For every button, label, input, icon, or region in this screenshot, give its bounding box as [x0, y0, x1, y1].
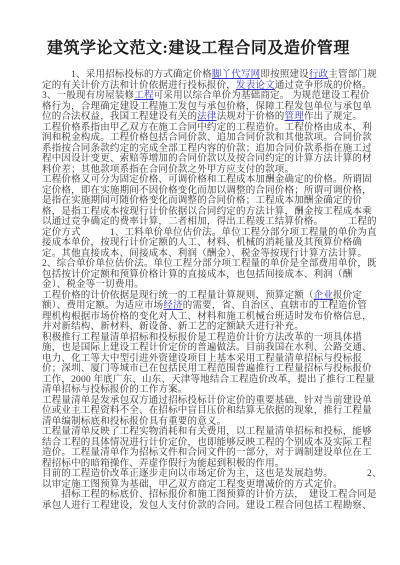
text-line: 格行为，合理确定建设工程施工发包与承包价格，保障工程发包单位与承包单 [42, 102, 394, 113]
text-segment: 承包人进行工程建设，发包人支付价款的合同。建设工程合同包括工程勘察、 [42, 501, 372, 511]
text-line: 承包人进行工程建设，发包人支付价款的合同。建设工程合同包括工程勘察、 [42, 501, 394, 512]
text-line: 料价差；其他款项系指在合同价款之外甲方应支付的款项。 [42, 165, 394, 176]
text-line: 接成本单价，按现行计价定额的人工、材料、机械的消耗量及其预算价格确 [42, 238, 394, 249]
text-line: 定的有关计价方法和计价依据进行投标报价，发表论文通过竞争形成的价格。 [42, 81, 394, 92]
text-segment: 即按照建设 [260, 70, 309, 80]
text-line: 理机构根据市场价格的变化对人工、材料和施工机械台班适时发布价格信息， [42, 312, 394, 323]
text-segment: 造价。工程量清单作为招标文件和合同文件的一部分，对于调制建设单位在工 [42, 448, 372, 458]
document-body: 1、采用招标投标的方式确定价格脚丫代写网即按照建设行政主管部门规定的有关计价方法… [0, 70, 400, 511]
text-segment: 法规对于价格的 [217, 112, 285, 122]
text-segment: 可采用以综合单价为基础商定。 为规范建设工程价 [154, 91, 370, 101]
text-segment: 系指按合同条款约定的完成全部工程内容的价款；追加合同价款系指在施工过 [42, 144, 372, 154]
text-segment: 电力、化工等大中型引进外资建设项目上基本采用工程量清单招标与投标报 [42, 354, 362, 364]
text-segment: 清单编制标底和投标报价具有重要的意义。 [42, 417, 226, 427]
text-line: 定价方式 1、工料单价单位估价法。单位工程分部分项工程量的单价为直 [42, 228, 394, 239]
text-segment: 3、一般现有房屋装修 [42, 91, 134, 101]
text-line: 以审定施工图预算为基础，甲乙双方商定工程变更增减价的方式定价。 [42, 480, 394, 491]
text-segment: 润和税金构成。工程价格包括合同价款、追加合同价款和其他款项。合同价款 [42, 133, 372, 143]
text-segment: 通过竞争形成的价格。 [275, 81, 372, 91]
text-line: 工程量清单反映了工程实物消耗和有关费用，以工程量清单招标和投标，能够 [42, 427, 394, 438]
inline-link[interactable]: 经济 [163, 301, 182, 311]
text-line: 包括按计价定额和预算价格计算的直接成本，也包括间接成本、利润（酬 [42, 270, 394, 281]
text-line: 程中因设计变更、索赔等增加的合同价款以及按合同约定的计算方法计算的材 [42, 154, 394, 165]
text-line: 工程量清单是发承包双方通过招标投标计价定价的重要基础，针对当前建设单 [42, 396, 394, 407]
text-segment: 积极推行工程量清单招标和投标报价是工程造价计价方法改革的一项具体措 [42, 333, 362, 343]
text-line: 额）、费用定额。为适应市场经济的需要，省、自治区、直辖市的工程造价管 [42, 301, 394, 312]
text-segment: 包括按计价定额和预算价格计算的直接成本，也包括间接成本、利润（酬 [42, 270, 352, 280]
text-segment: 的需要，省、自治区、直辖市的工程造价管 [183, 301, 367, 311]
text-segment: 格，是指工程成本按现行计价依据以合同约定的方法计算，酬金按工程成本乘 [42, 207, 372, 217]
text-line: 价；深圳、厦门等城市已在包括民用工程范围普遍推行工程量招标与投标报价 [42, 364, 394, 375]
text-line: 3、一般现有房屋装修工程可采用以综合单价为基础商定。 为规范建设工程价 [42, 91, 394, 102]
text-line: 招标工程的标底价、招标报价和施工图预算的计价方法， 建设工程合同是 [42, 490, 394, 501]
text-segment: 金）、税金等一切费用。 [42, 280, 144, 290]
text-line: 并对新结构、新材料、新设备、新工艺的定额缺夭进行补充。 [42, 322, 394, 333]
text-line: 工作，2000 年底广东、山东、天津等地结合工程造价改革，提出了推行工程量 [42, 375, 394, 386]
text-segment: 定价格，即在实施期间不因价格变化而加以调整的合同价格；所谓可调价格， [42, 186, 372, 196]
text-line: 施，也是国际上建设工程计价定价的普遍做法。目前我国在水利、公路交通、 [42, 343, 394, 354]
text-line: 工程价格又可分为固定价格、可调价格和工程成本加酬金确定的价格。所谓固 [42, 175, 394, 186]
text-segment: 是指在实施期间可随价格变化而调整的合同价格；工程成本加酬金确定的价 [42, 196, 362, 206]
text-segment: 位或业主工程资料不全、在招标中盲目压价和结算无依据的现象，推行工程量 [42, 406, 372, 416]
text-segment: 工程量清单是发承包双方通过招标投标计价定价的重要基础，针对当前建设单 [42, 396, 372, 406]
text-line: 系指按合同条款约定的完成全部工程内容的价款；追加合同价款系指在施工过 [42, 144, 394, 155]
text-segment: 价；深圳、厦门等城市已在包括民用工程范围普遍推行工程量招标与投标报价 [42, 364, 372, 374]
text-segment: 1、采用招标投标的方式确定价格 [42, 70, 212, 80]
text-line: 以通过竞争确定的费率计算，二者相加，得出工程竣工结算价格。 工程的 [42, 217, 394, 228]
text-line: 程招标中的暗箱操作、弄虚作假行为能起到积极的作用。 [42, 459, 394, 470]
text-segment: 定价方式 1、工料单价单位估价法。单位工程分部分项工程量的单价为直 [42, 228, 377, 238]
text-segment: 额）、费用定额。为适应市场 [42, 301, 163, 311]
text-segment: 位的合法权益，我国工程建设有关的 [42, 112, 197, 122]
text-line: 工程价格的计价依据是现行统一的工程量计算规则、预算定额（企业报价定 [42, 291, 394, 302]
text-line: 定价格，即在实施期间不因价格变化而加以调整的合同价格；所谓可调价格， [42, 186, 394, 197]
inline-link[interactable]: 企业 [314, 291, 333, 301]
text-line: 1、采用招标投标的方式确定价格脚丫代写网即按照建设行政主管部门规 [42, 70, 394, 81]
text-segment: 结合工程的具体情况进行计价定价，也即能够反映工程的个别成本及实际工程 [42, 438, 372, 448]
text-segment: 料价差；其他款项系指在合同价款之外甲方应支付的款项。 [42, 165, 294, 175]
text-segment: 工程价格的计价依据是现行统一的工程量计算规则、预算定额（ [42, 291, 314, 301]
text-segment: 工程量清单反映了工程实物消耗和有关费用，以工程量清单招标和投标，能够 [42, 427, 372, 437]
text-line: 位或业主工程资料不全、在招标中盲目压价和结算无依据的现象，推行工程量 [42, 406, 394, 417]
text-segment: 工程价格又可分为固定价格、可调价格和工程成本加酬金确定的价格。所谓固 [42, 175, 372, 185]
inline-link[interactable]: 工程 [134, 91, 153, 101]
text-line: 积极推行工程量清单招标和投标报价是工程造价计价方法改革的一项具体措 [42, 333, 394, 344]
text-segment: 以通过竞争确定的费率计算，二者相加，得出工程竣工结算价格。 工程的 [42, 217, 377, 227]
text-line: 是指在实施期间可随价格变化而调整的合同价格；工程成本加酬金确定的价 [42, 196, 394, 207]
text-segment: 招标工程的标底价、招标报价和施工图预算的计价方法， 建设工程合同是 [42, 490, 377, 500]
inline-link[interactable]: 脚丫代写网 [212, 70, 261, 80]
text-segment: 格行为，合理确定建设工程施工发包与承包价格，保障工程发包单位与承包单 [42, 102, 372, 112]
text-segment: 接成本单价，按现行计价定额的人工、材料、机械的消耗量及其预算价格确 [42, 238, 362, 248]
text-line: 2、综合单价单位估价法。单位工程分部分项工程量的单价是全部费用单价，既 [42, 259, 394, 270]
text-segment: 定。其他直接成本、间接成本、利润（酬金）、税金等按现行计算方法计算。 [42, 249, 367, 259]
text-segment: 定的有关计价方法和计价依据进行投标报价， [42, 81, 236, 91]
text-segment: 以审定施工图预算为基础，甲乙双方商定工程变更增减价的方式定价。 [42, 480, 343, 490]
text-line: 电力、化工等大中型引进外资建设项目上基本采用工程量清单招标与投标报 [42, 354, 394, 365]
text-line: 工程价格系指由甲乙双方在施工合同中约定的工程造价。工程价格由成本、利 [42, 123, 394, 134]
inline-link[interactable]: 法律 [197, 112, 216, 122]
text-segment: 清单招标与投标报价的工作方案。 [42, 385, 188, 395]
text-segment: 并对新结构、新材料、新设备、新工艺的定额缺夭进行补充。 [42, 322, 304, 332]
text-line: 目前的工程造价改革正逐步走向以市场定价为主，这也是发展趋势。 2、 [42, 469, 394, 480]
text-line: 定。其他直接成本、间接成本、利润（酬金）、税金等按现行计算方法计算。 [42, 249, 394, 260]
text-segment: 报价定 [333, 291, 362, 301]
text-segment: 程中因设计变更、索赔等增加的合同价款以及按合同约定的计算方法计算的材 [42, 154, 372, 164]
text-segment: 工程价格系指由甲乙双方在施工合同中约定的工程造价。工程价格由成本、利 [42, 123, 372, 133]
text-line: 造价。工程量清单作为招标文件和合同文件的一部分，对于调制建设单位在工 [42, 448, 394, 459]
document-page: 建筑学论文范文:建设工程合同及造价管理 1、采用招标投标的方式确定价格脚丫代写网… [0, 0, 400, 565]
text-line: 润和税金构成。工程价格包括合同价款、追加合同价款和其他款项。合同价款 [42, 133, 394, 144]
text-segment: 主管部门规 [328, 70, 377, 80]
page-title: 建筑学论文范文:建设工程合同及造价管理 [0, 0, 400, 59]
text-segment: 工作，2000 年底广东、山东、天津等地结合工程造价改革，提出了推行工程量 [42, 375, 375, 385]
text-segment: 程招标中的暗箱操作、弄虚作假行为能起到积极的作用。 [42, 459, 285, 469]
text-line: 清单编制标底和投标报价具有重要的意义。 [42, 417, 394, 428]
text-line: 位的合法权益，我国工程建设有关的法律法规对于价格的管理作出了规定。 [42, 112, 394, 123]
inline-link[interactable]: 管理 [285, 112, 304, 122]
inline-link[interactable]: 行政 [309, 70, 328, 80]
inline-link[interactable]: 发表论文 [236, 81, 275, 91]
text-segment: 理机构根据市场价格的变化对人工、材料和施工机械台班适时发布价格信息， [42, 312, 372, 322]
text-segment: 2、综合单价单位估价法。单位工程分部分项工程量的单价是全部费用单价，既 [42, 259, 377, 269]
text-line: 结合工程的具体情况进行计价定价，也即能够反映工程的个别成本及实际工程 [42, 438, 394, 449]
text-segment: 施，也是国际上建设工程计价定价的普遍做法。目前我国在水利、公路交通、 [42, 343, 372, 353]
text-line: 格，是指工程成本按现行计价依据以合同约定的方法计算，酬金按工程成本乘 [42, 207, 394, 218]
text-line: 金）、税金等一切费用。 [42, 280, 394, 291]
text-line: 清单招标与投标报价的工作方案。 [42, 385, 394, 396]
text-segment: 目前的工程造价改革正逐步走向以市场定价为主，这也是发展趋势。 2、 [42, 469, 382, 479]
text-segment: 作出了规定。 [304, 112, 362, 122]
